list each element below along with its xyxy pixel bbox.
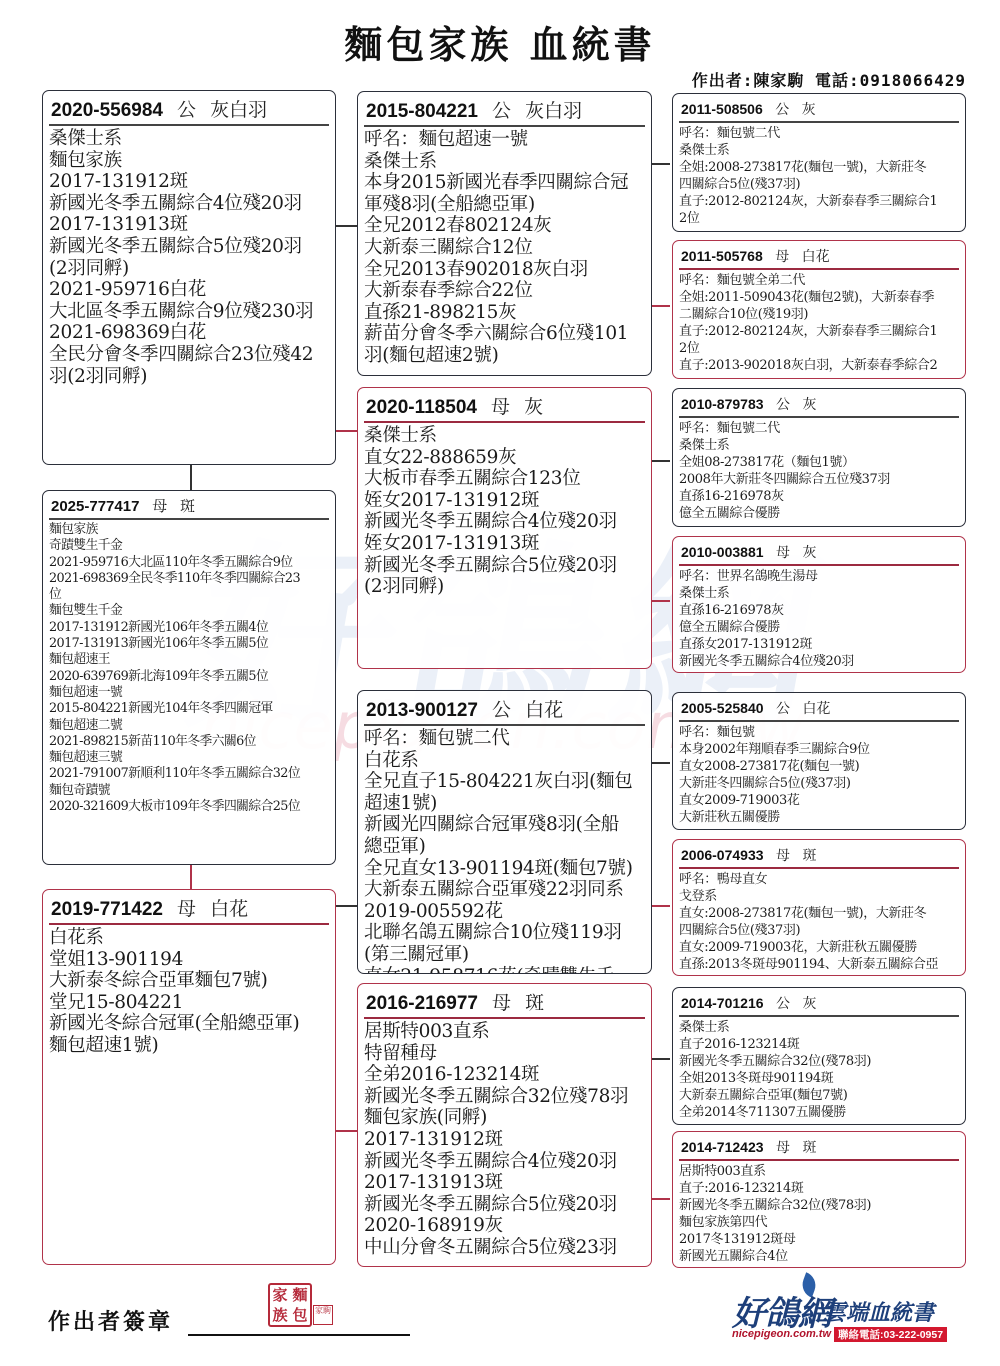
card-body: 桑傑士系直女22-888659灰大板市春季五關綜合123位姪女2017-1319… (358, 423, 651, 598)
card-header: 2010-879783 公 灰 (679, 389, 959, 418)
pedigree-note-line: 總亞軍) (364, 836, 645, 858)
pedigree-note-line: 麵包超速一號 (49, 685, 329, 701)
pedigree-note-line: 全兄直女13-901194斑(麵包7號) (364, 858, 645, 880)
card-body: 呼名：麵包號本身2002年翔順春季三關綜合9位直女2008-273817花(麵包… (673, 722, 965, 826)
pedigree-note-line: 直子:2013-902018灰白羽，大新泰春季綜合2 (679, 357, 959, 374)
author-info: 作出者:陳家駒 電話:0918066429 (692, 68, 966, 91)
pedigree-note-line: 2017冬131912斑母 (679, 1231, 959, 1248)
card-body: 居斯特003直系直子:2016-123214斑新國光冬季五關綜合32位(殘78羽… (673, 1161, 965, 1265)
pedigree-note-line: 新國光冬季五關綜合32位(殘78羽) (679, 1197, 959, 1214)
pedigree-note-line: 直子2016-123214斑 (679, 1036, 959, 1053)
pedigree-note-line: 堂兄15-804221 (49, 992, 329, 1014)
pedigree-note-line: 2020-168919灰 (364, 1215, 645, 1237)
sire-card: 2015-804221 公 灰白羽 呼名：麵包超速一號桑傑士系本身2015新國光… (357, 91, 652, 376)
seal-char: 包 (290, 1306, 310, 1324)
pedigree-note-line: 直女:2008-273817花(麵包一號)，大新莊冬 (679, 905, 959, 922)
sex-label: 公 (492, 699, 511, 721)
card-body: 居斯特003直系特留種母全弟2016-123214斑新國光冬季五關綜合32位殘7… (358, 1019, 651, 1259)
pedigree-note-line: 麵包超速1號) (49, 1035, 329, 1057)
pedigree-note-line: 呼名：世界名鴿晚生湯母 (679, 568, 959, 585)
pedigree-note-line: 直孫16-216978灰 (679, 488, 959, 505)
pedigree-note-line: 戈登系 (679, 888, 959, 905)
pedigree-note-line: 大新莊冬四關綜合5位(殘37羽) (679, 775, 959, 792)
pedigree-note-line: 奇蹟雙生千金 (49, 538, 329, 554)
ring-number: 2010-879783 (681, 396, 764, 412)
pedigree-note-line: 全民分會冬季四關綜合23位殘42 (49, 344, 329, 366)
pedigree-note-line: 麵包家族 (49, 522, 329, 538)
pedigree-note-line: 居斯特003直系 (679, 1163, 959, 1180)
pedigree-note-line: 2021-698369白花 (49, 322, 329, 344)
sex-label: 母 (776, 545, 790, 561)
pedigree-note-line: 2020-639769新北海109年冬季五關5位 (49, 669, 329, 685)
pedigree-note-line: 全弟2016-123214斑 (364, 1064, 645, 1086)
seal-char: 麵 (290, 1286, 310, 1304)
sex-label: 母 (492, 992, 511, 1014)
pedigree-note-line: (2羽同孵) (364, 576, 645, 598)
connector-line (652, 762, 670, 764)
pedigree-note-line: 新國光冬季五關綜合32位殘78羽 (364, 1086, 645, 1108)
ring-number: 2005-525840 (681, 700, 764, 716)
pedigree-note-line: 麵包家族 (49, 150, 329, 172)
pedigree-note-line: 大北區冬季五關綜合9位殘230羽 (49, 301, 329, 323)
card-header: 2014-712423 母 斑 (679, 1132, 959, 1161)
pedigree-note-line: 全姐2013冬斑母901194斑 (679, 1070, 959, 1087)
sex-label: 母 (776, 848, 790, 864)
pedigree-note-line: 大新泰春季綜合22位 (364, 280, 645, 302)
pedigree-note-line: 超速1號) (364, 793, 645, 815)
pedigree-note-line: 2017-131912斑 (364, 1129, 645, 1151)
pedigree-note-line: 2017-131913斑 (49, 214, 329, 236)
color-label: 白花 (525, 699, 563, 721)
pedigree-note-line: 四關綜合5位(殘37羽) (679, 176, 959, 193)
color-label: 白花 (802, 249, 830, 265)
pedigree-note-line: 呼名：麵包號二代 (679, 420, 959, 437)
pedigree-note-line: 全兄直子15-804221灰白羽(麵包 (364, 771, 645, 793)
card-header: 2005-525840 公 白花 (679, 693, 959, 722)
ring-number: 2025-777417 (51, 498, 139, 515)
logo-phone: 聯絡電話:03-222-0957 (834, 1327, 947, 1342)
pedigree-note-line: 居斯特003直系 (364, 1021, 645, 1043)
pedigree-note-line: 桑傑士系 (679, 142, 959, 159)
pedigree-note-line: 麵包超速三號 (49, 750, 329, 766)
pedigree-note-line: 直子:2016-123214斑 (679, 1180, 959, 1197)
connector-line (190, 464, 192, 490)
color-label: 灰白羽 (210, 99, 267, 121)
color-label: 白花 (210, 898, 248, 920)
card-header: 2013-900127 公 白花 (364, 691, 645, 726)
pedigree-note-line: 羽(麵包超速2號) (364, 345, 645, 367)
pedigree-note-line: 中山分會冬五關綜合5位殘23羽 (364, 1237, 645, 1259)
pedigree-note-line: 呼名：麵包號二代 (679, 125, 959, 142)
pedigree-note-line: 直女21-958716花(奇蹟雙生千 (364, 966, 645, 974)
dam-card: 2019-771422 母 白花 白花系堂姐13-901194大新泰冬綜合亞軍麵… (42, 889, 336, 1265)
pedigree-note-line: 呼名：麵包號全弟二代 (679, 272, 959, 289)
pedigree-note-line: 大新泰三關綜合12位 (364, 237, 645, 259)
ring-number: 2016-216977 (366, 993, 478, 1014)
pedigree-note-line: 本身2015新國光春季四關綜合冠 (364, 172, 645, 194)
ring-number: 2019-771422 (51, 899, 163, 920)
seal-char: 家 (270, 1286, 290, 1304)
pedigree-note-line: 桑傑士系 (364, 151, 645, 173)
card-body: 白花系堂姐13-901194大新泰冬綜合亞軍麵包7號)堂兄15-804221新國… (43, 925, 335, 1057)
pedigree-note-line: 新國光冬季五關綜合4位殘20羽 (364, 1151, 645, 1173)
pedigree-note-line: 2021-698369全民冬季110年冬季四關綜合23 (49, 571, 329, 587)
ring-number: 2020-118504 (366, 397, 477, 418)
pedigree-note-line: 2019-005592花 (364, 901, 645, 923)
pedigree-note-line: 大板市春季五關綜合123位 (364, 468, 645, 490)
ring-number: 2014-701216 (681, 995, 764, 1011)
pedigree-note-line: 全姐:2008-273817花(麵包一號)，大新莊冬 (679, 159, 959, 176)
pedigree-note-line: 直女22-888659灰 (364, 447, 645, 469)
pedigree-note-line: 北聯名鴿五關綜合10位殘119羽 (364, 922, 645, 944)
pedigree-note-line: (第三關冠軍) (364, 944, 645, 966)
pedigree-note-line: 桑傑士系 (679, 1019, 959, 1036)
pedigree-note-line: 白花系 (364, 750, 645, 772)
pedigree-note-line: 大新泰五關綜合亞軍殘22羽同系 (364, 879, 645, 901)
ring-number: 2006-074933 (681, 847, 764, 863)
color-label: 灰 (802, 397, 816, 413)
card-header: 2016-216977 母 斑 (364, 984, 645, 1019)
nicepigeon-logo: 好鴿網 雲端血統書 nicepigeon.com.tw 聯絡電話:03-222-… (732, 1282, 968, 1344)
pedigree-note-line: 新國光冬季五關綜合4位殘20羽 (364, 511, 645, 533)
seal-stamp: 家麵 族包 (268, 1283, 312, 1327)
sex-label: 公 (492, 100, 511, 122)
pedigree-note-line: 全姐:2011-509043花(麵包2號)，大新泰春季 (679, 289, 959, 306)
color-label: 白花 (802, 701, 830, 717)
logo-url: nicepigeon.com.tw (732, 1328, 831, 1340)
color-label: 灰 (802, 545, 816, 561)
pedigree-note-line: 呼名：鴨母直女 (679, 871, 959, 888)
pedigree-note-line: 新國光冬季五關綜合32位(殘78羽) (679, 1053, 959, 1070)
pedigree-note-line: 2008年大新莊冬四關綜合五位殘37羽 (679, 471, 959, 488)
pedigree-note-line: 桑傑士系 (364, 425, 645, 447)
connector-line (652, 163, 670, 165)
pedigree-note-line: 2017-131912新國光106年冬季五關4位 (49, 620, 329, 636)
seal-char: 族 (270, 1306, 290, 1324)
pedigree-note-line: 白花系 (49, 927, 329, 949)
sibling-card: 2025-777417 母 斑 麵包家族奇蹟雙生千金2021-959716大北區… (42, 490, 336, 865)
pedigree-note-line: 桑傑士系 (49, 128, 329, 150)
pedigree-note-line: 位 (49, 587, 329, 603)
sd-dam-card: 2010-003881 母 灰 呼名：世界名鴿晚生湯母桑傑士系直孫16-2169… (672, 536, 966, 673)
logo-subtitle: 雲端血統書 (824, 1296, 934, 1327)
pedigree-note-line: 堂姐13-901194 (49, 949, 329, 971)
connector-line (335, 430, 357, 432)
pedigree-note-line: 2020-321609大板市109年冬季四關綜合25位 (49, 799, 329, 815)
connector-line (652, 305, 670, 307)
pedigree-note-line: 直女:2009-719003花，大新莊秋五關優勝 (679, 939, 959, 956)
pedigree-note-line: 本身2002年翔順春季三關綜合9位 (679, 741, 959, 758)
pedigree-note-line: 姪女2017-131913斑 (364, 533, 645, 555)
ring-number: 2015-804221 (366, 101, 478, 122)
dam-sire-card: 2013-900127 公 白花 呼名：麵包號二代白花系全兄直子15-80422… (357, 690, 652, 974)
connector-line (190, 865, 192, 889)
color-label: 斑 (180, 497, 195, 515)
card-body: 呼名：麵包超速一號桑傑士系本身2015新國光春季四關綜合冠軍殘8羽(全船總亞軍)… (358, 127, 651, 367)
connector-line (335, 905, 357, 907)
pedigree-note-line: 特留種母 (364, 1043, 645, 1065)
pedigree-note-line: 呼名：麵包號二代 (364, 728, 645, 750)
pedigree-note-line: 新國光冬季五關綜合5位殘20羽 (364, 1194, 645, 1216)
card-body: 桑傑士系直子2016-123214斑新國光冬季五關綜合32位(殘78羽)全姐20… (673, 1017, 965, 1121)
card-body: 呼名：世界名鴿晚生湯母桑傑士系直孫16-216978灰億全五關綜合優勝直孫女20… (673, 566, 965, 670)
dd-dam-card: 2014-712423 母 斑 居斯特003直系直子:2016-123214斑新… (672, 1131, 966, 1268)
pedigree-note-line: 羽(2羽同孵) (49, 366, 329, 388)
pedigree-note-line: 桑傑士系 (679, 585, 959, 602)
pedigree-note-line: 直孫女2017-131912斑 (679, 636, 959, 653)
pedigree-note-line: 大新莊秋五關優勝 (679, 809, 959, 826)
card-header: 2020-118504 母 灰 (364, 388, 645, 423)
pedigree-note-line: 億全五關綜合優勝 (679, 505, 959, 522)
ss-dam-card: 2011-505768 母 白花 呼名：麵包號全弟二代全姐:2011-50904… (672, 240, 966, 379)
ring-number: 2011-508506 (681, 101, 763, 117)
pedigree-note-line: 2021-959716大北區110年冬季五關綜合9位 (49, 555, 329, 571)
pedigree-note-line: 全兄2013春902018灰白羽 (364, 259, 645, 281)
pedigree-note-line: 新國光冬季五關綜合4位殘20羽 (49, 193, 329, 215)
pedigree-note-line: 億全五關綜合優勝 (679, 619, 959, 636)
pedigree-note-line: 全兄2012春802124灰 (364, 215, 645, 237)
sd-sire-card: 2010-879783 公 灰 呼名：麵包號二代桑傑士系全姐08-273817花… (672, 388, 966, 527)
pedigree-note-line: 直孫21-898215灰 (364, 302, 645, 324)
pedigree-note-line: 新國光冬綜合冠軍(全船總亞軍) (49, 1013, 329, 1035)
pedigree-note-line: 直女2008-273817花(麵包一號) (679, 758, 959, 775)
pedigree-note-line: 新國光四關綜合冠軍殘8羽(全船 (364, 814, 645, 836)
pedigree-note-line: 2021-791007新順利110年冬季五關綜合32位 (49, 766, 329, 782)
ring-number: 2014-712423 (681, 1139, 764, 1155)
pedigree-note-line: 呼名：麵包號 (679, 724, 959, 741)
color-label: 斑 (802, 1140, 816, 1156)
connector-line (652, 460, 670, 462)
pedigree-note-line: 新國光五關綜合4位 (679, 1248, 959, 1265)
connector-line (335, 1130, 357, 1132)
pedigree-note-line: 直子:2012-802124灰，大新泰春季三關綜合1 (679, 193, 959, 210)
color-label: 斑 (802, 848, 816, 864)
pedigree-note-line: 直子:2012-802124灰，大新泰春季三關綜合1 (679, 323, 959, 340)
card-header: 2025-777417 母 斑 (49, 491, 329, 520)
ss-sire-card: 2011-508506 公 灰 呼名：麵包號二代桑傑士系全姐:2008-2738… (672, 93, 966, 232)
card-body: 呼名：麵包號二代桑傑士系全姐08-273817花（麵包1號）2008年大新莊冬四… (673, 418, 965, 522)
pedigree-note-line: 桑傑士系 (679, 437, 959, 454)
card-header: 2019-771422 母 白花 (49, 890, 329, 925)
card-header: 2011-508506 公 灰 (679, 94, 959, 123)
sex-label: 母 (776, 1140, 790, 1156)
sex-label: 公 (776, 701, 790, 717)
sex-label: 母 (152, 497, 167, 515)
sex-label: 母 (177, 898, 196, 920)
connector-line (652, 1198, 670, 1200)
pedigree-note-line: 薪苗分會冬季六關綜合6位殘101 (364, 323, 645, 345)
pedigree-note-line: 軍殘8羽(全船總亞軍) (364, 194, 645, 216)
pedigree-note-line: 2017-131912斑 (49, 171, 329, 193)
color-label: 灰 (802, 102, 816, 118)
pedigree-note-line: 麵包奇蹟號 (49, 783, 329, 799)
dam-dam-card: 2016-216977 母 斑 居斯特003直系特留種母全弟2016-12321… (357, 983, 652, 1267)
pedigree-note-line: 2位 (679, 210, 959, 227)
pedigree-note-line: 2021-898215新苗110年冬季六關6位 (49, 734, 329, 750)
pedigree-note-line: 2015-804221新國光104年冬季四關冠軍 (49, 701, 329, 717)
connector-line (652, 905, 670, 907)
pedigree-note-line: 大新泰五關綜合亞軍(麵包7號) (679, 1087, 959, 1104)
signature-label: 作出者簽章 (48, 1305, 173, 1336)
color-label: 斑 (525, 992, 544, 1014)
pedigree-note-line: 新國光冬季五關綜合4位殘20羽 (679, 653, 959, 670)
pedigree-note-line: 二關綜合10位(殘19羽) (679, 306, 959, 323)
pedigree-note-line: 姪女2017-131912斑 (364, 490, 645, 512)
card-body: 呼名：鴨母直女戈登系直女:2008-273817花(麵包一號)，大新莊冬四關綜合… (673, 869, 965, 973)
color-label: 灰白羽 (525, 100, 582, 122)
sex-label: 公 (776, 397, 790, 413)
connector-line (652, 1058, 670, 1060)
card-body: 桑傑士系麵包家族2017-131912斑新國光冬季五關綜合4位殘20羽2017-… (43, 126, 335, 387)
card-body: 呼名：麵包號二代桑傑士系全姐:2008-273817花(麵包一號)，大新莊冬四關… (673, 123, 965, 227)
pedigree-note-line: 新國光冬季五關綜合5位殘20羽 (49, 236, 329, 258)
pedigree-note-line: 麵包雙生千金 (49, 603, 329, 619)
card-header: 2015-804221 公 灰白羽 (364, 92, 645, 127)
sex-label: 公 (177, 99, 196, 121)
card-body: 呼名：麵包號二代白花系全兄直子15-804221灰白羽(麵包超速1號)新國光四關… (358, 726, 651, 974)
ring-number: 2020-556984 (51, 100, 163, 121)
pedigree-note-line: 2017-131913斑 (364, 1172, 645, 1194)
pedigree-note-line: 四關綜合5位(殘37羽) (679, 922, 959, 939)
ring-number: 2011-505768 (681, 248, 763, 264)
sex-label: 公 (775, 102, 789, 118)
sex-label: 公 (776, 996, 790, 1012)
card-body: 呼名：麵包號全弟二代全姐:2011-509043花(麵包2號)，大新泰春季二關綜… (673, 270, 965, 374)
card-header: 2011-505768 母 白花 (679, 241, 959, 270)
pedigree-note-line: 直孫:2013冬斑母901194、大新泰五關綜合亞 (679, 956, 959, 973)
small-seal-stamp: 家駒 (313, 1305, 333, 1325)
color-label: 灰 (802, 996, 816, 1012)
card-header: 2006-074933 母 斑 (679, 840, 959, 869)
color-label: 灰 (524, 396, 543, 418)
pedigree-note-line: 2位 (679, 340, 959, 357)
sire-dam-card: 2020-118504 母 灰 桑傑士系直女22-888659灰大板市春季五關綜… (357, 387, 652, 669)
pedigree-note-line: 麵包超速二號 (49, 718, 329, 734)
pedigree-note-line: 全姐08-273817花（麵包1號） (679, 454, 959, 471)
ring-number: 2010-003881 (681, 544, 764, 560)
pedigree-note-line: 直女2009-719003花 (679, 792, 959, 809)
pedigree-note-line: 直孫16-216978灰 (679, 602, 959, 619)
card-body: 麵包家族奇蹟雙生千金2021-959716大北區110年冬季五關綜合9位2021… (43, 520, 335, 815)
sex-label: 母 (775, 249, 789, 265)
page-title: 麵包家族 血統書 (0, 14, 1000, 69)
pedigree-note-line: 全弟2014冬711307五關優勝 (679, 1104, 959, 1121)
pedigree-note-line: 呼名：麵包超速一號 (364, 129, 645, 151)
pedigree-note-line: (2羽同孵) (49, 258, 329, 280)
pedigree-note-line: 2017-131913新國光106年冬季五關5位 (49, 636, 329, 652)
connector-line (652, 600, 670, 602)
sex-label: 母 (491, 396, 510, 418)
card-header: 2014-701216 公 灰 (679, 988, 959, 1017)
dd-sire-card: 2014-701216 公 灰 桑傑士系直子2016-123214斑新國光冬季五… (672, 987, 966, 1125)
signature-line (188, 1334, 410, 1336)
pedigree-note-line: 大新泰冬綜合亞軍麵包7號) (49, 970, 329, 992)
pedigree-note-line: 麵包超速王 (49, 652, 329, 668)
pedigree-note-line: 麵包家族第四代 (679, 1214, 959, 1231)
card-header: 2020-556984 公 灰白羽 (49, 91, 329, 126)
pedigree-note-line: 新國光冬季五關綜合5位殘20羽 (364, 555, 645, 577)
ring-number: 2013-900127 (366, 700, 478, 721)
pedigree-note-line: 麵包家族(同孵) (364, 1107, 645, 1129)
subject-card: 2020-556984 公 灰白羽 桑傑士系麵包家族2017-131912斑新國… (42, 90, 336, 465)
pedigree-note-line: 2021-959716白花 (49, 279, 329, 301)
ds-dam-card: 2006-074933 母 斑 呼名：鴨母直女戈登系直女:2008-273817… (672, 839, 966, 976)
connector-line (335, 225, 357, 227)
ds-sire-card: 2005-525840 公 白花 呼名：麵包號本身2002年翔順春季三關綜合9位… (672, 692, 966, 830)
card-header: 2010-003881 母 灰 (679, 537, 959, 566)
